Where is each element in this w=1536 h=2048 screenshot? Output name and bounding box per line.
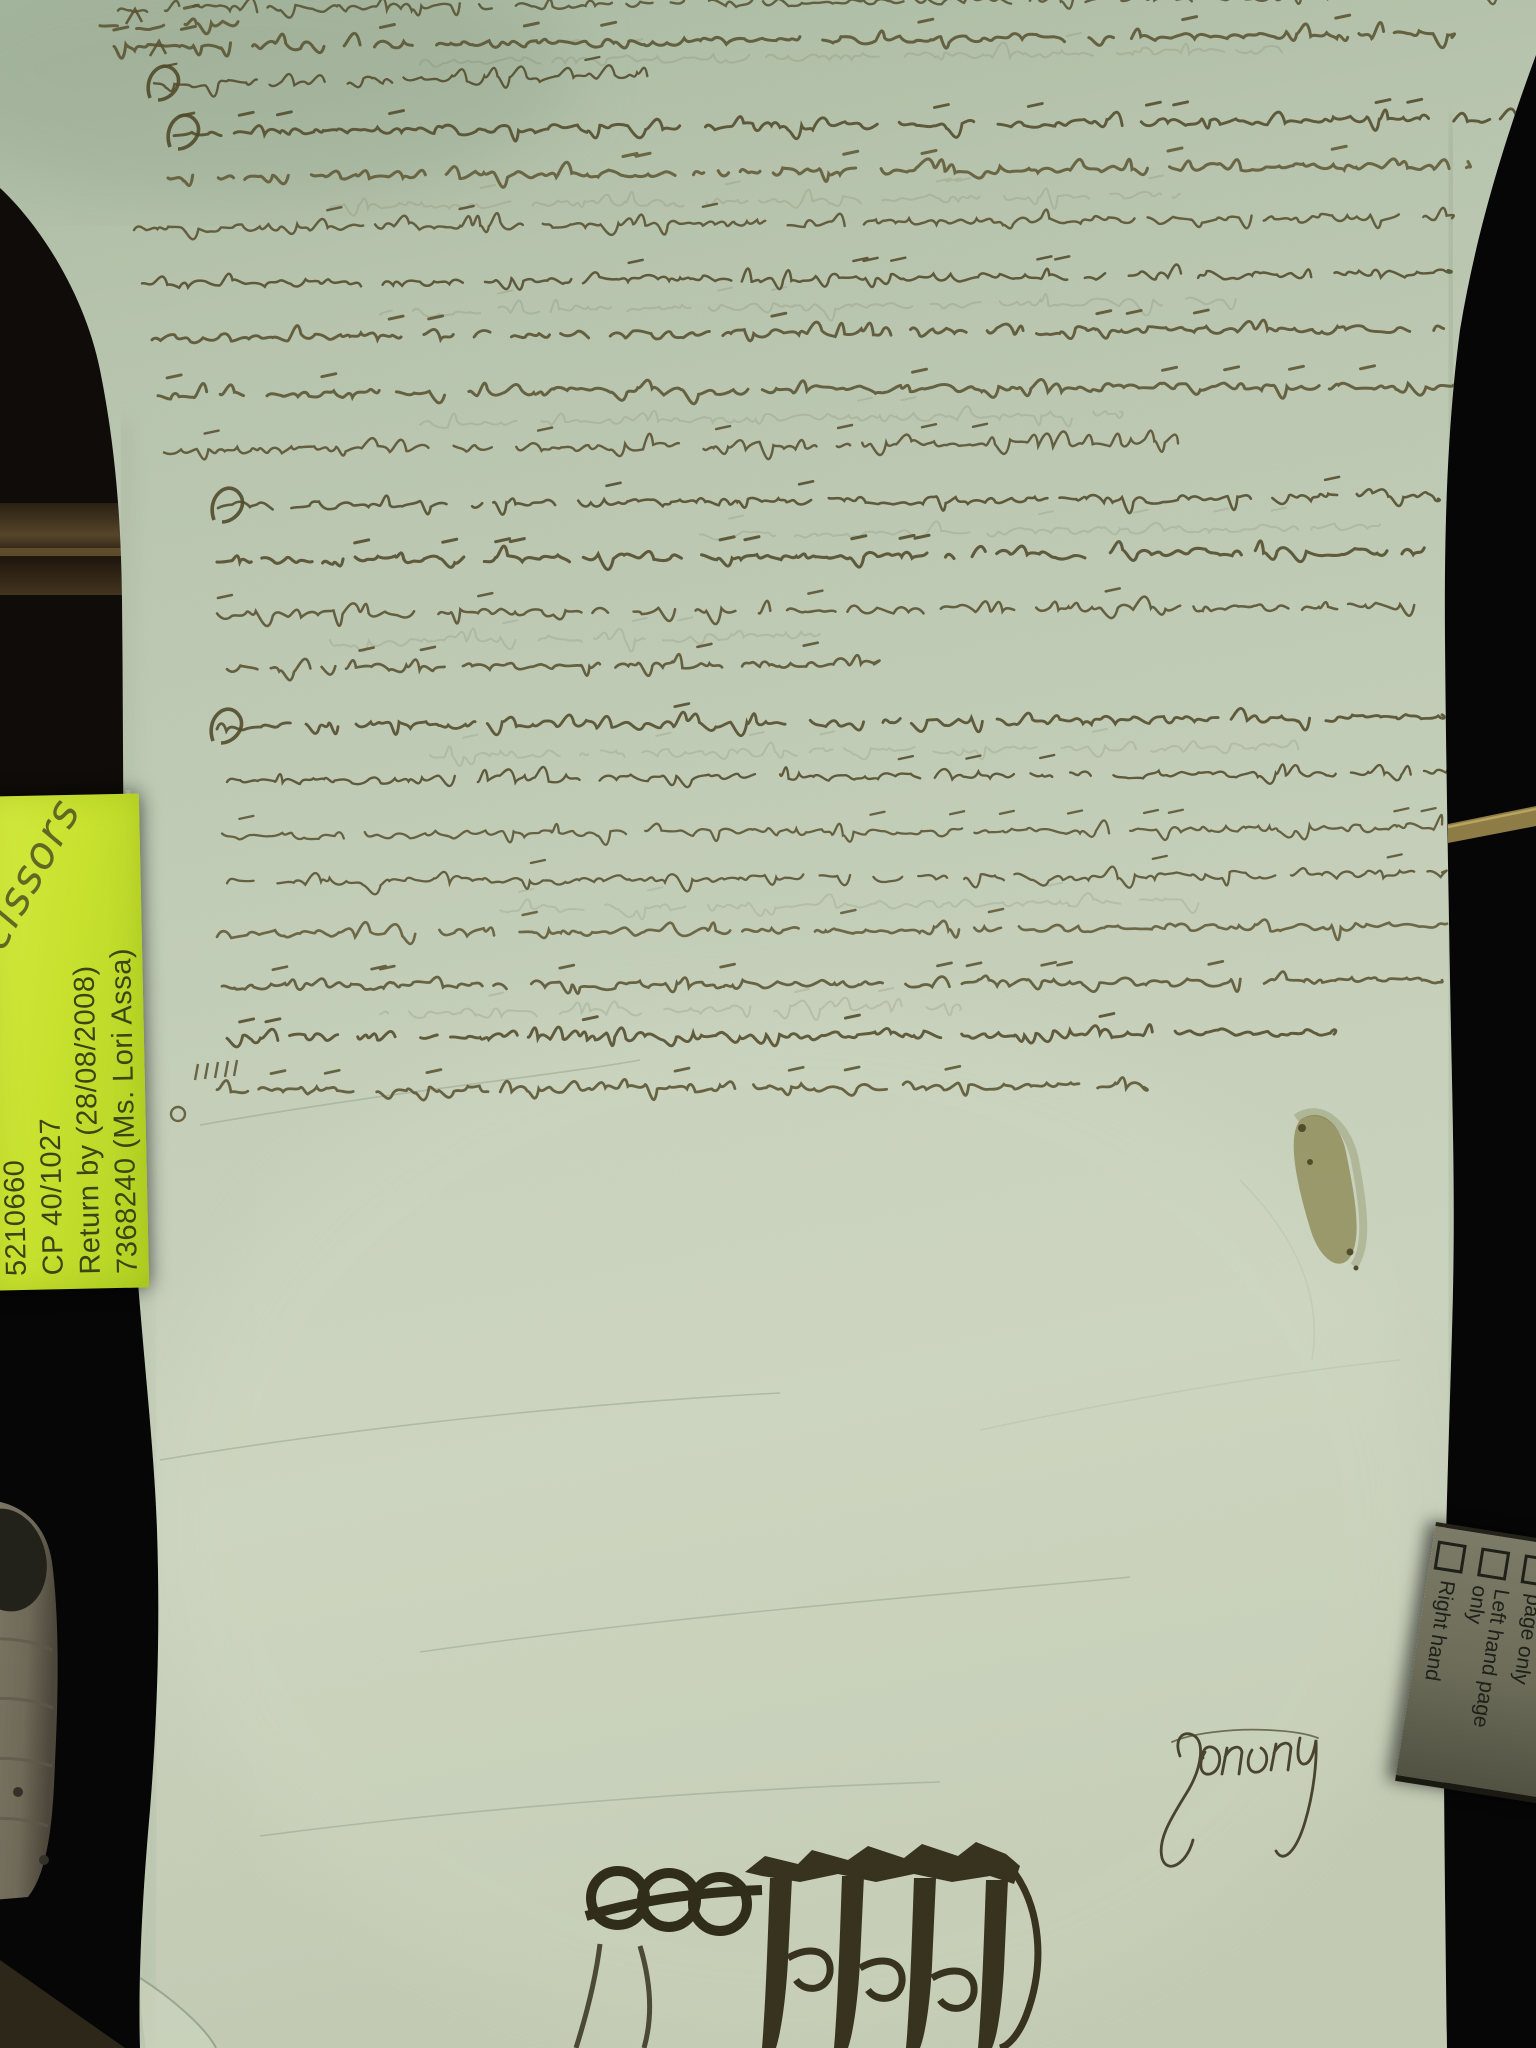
sticky-note: 5210660 CP 40/1027 Return by (28/08/2008…	[0, 793, 149, 1290]
parchment-grain	[0, 0, 1536, 2048]
checkbox-icon	[1521, 1554, 1536, 1587]
wooden-plank	[0, 503, 126, 595]
photo-canvas	[0, 0, 1536, 2048]
sticky-note-text: 5210660 CP 40/1027 Return by (28/08/2008…	[0, 802, 147, 1277]
page-marker-label: page only	[1509, 1592, 1536, 1685]
checkbox-icon	[1477, 1548, 1510, 1581]
checkbox-icon	[1434, 1541, 1467, 1574]
photo-frame: 5210660 CP 40/1027 Return by (28/08/2008…	[0, 0, 1536, 2048]
page-marker-label: Right hand	[1420, 1579, 1458, 1683]
